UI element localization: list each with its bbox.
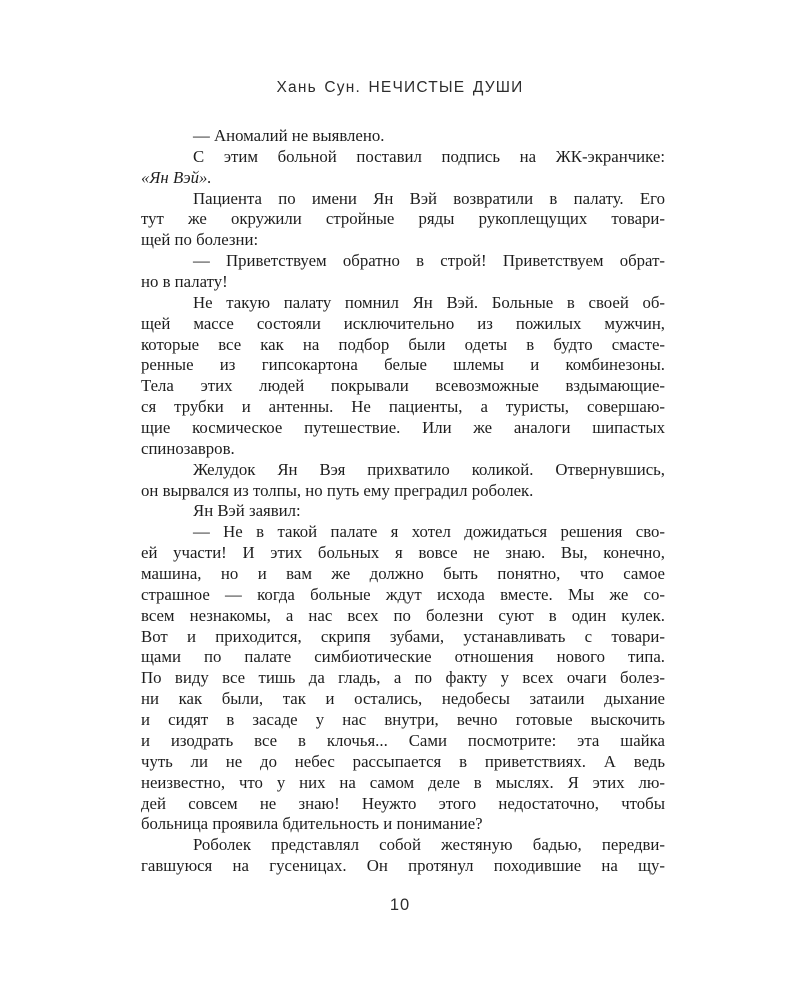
book-page: Хань Сун. НЕЧИСТЫЕ ДУШИ — Аномалий не вы… [0,0,800,1000]
text-line: — Аномалий не выявлено. [141,126,665,147]
text-line: С этим больной поставил подпись на ЖК-эк… [141,147,665,168]
text-line: «Ян Вэй». [141,168,665,189]
text-line: щей по болезни: [141,230,665,251]
text-line: ся трубки и антенны. Не пациенты, а тури… [141,397,665,418]
text-line: Вот и приходится, скрипя зубами, устанав… [141,627,665,648]
text-line: тут же окружили стройные ряды рукоплещущ… [141,209,665,230]
text-line: По виду все тишь да гладь, а по факту у … [141,668,665,689]
text-line: неизвестно, что у них на самом деле в мы… [141,773,665,794]
text-line: Ян Вэй заявил: [141,501,665,522]
text-line: Роболек представлял собой жестяную бадью… [141,835,665,856]
text-line: всем незнакомы, а нас всех по болезни су… [141,606,665,627]
text-line: — Не в такой палате я хотел дожидаться р… [141,522,665,543]
text-line: Тела этих людей покрывали всевозможные в… [141,376,665,397]
text-line: Не такую палату помнил Ян Вэй. Больные в… [141,293,665,314]
text-line: машина, но и вам же должно быть понятно,… [141,564,665,585]
text-line: дей совсем не знаю! Неужто этого недоста… [141,794,665,815]
text-line: гавшуюся на гусеницах. Он протянул поход… [141,856,665,877]
text-line: щами по палате симбиотические отношения … [141,647,665,668]
text-line: но в палату! [141,272,665,293]
text-line: он вырвался из толпы, но путь ему прегра… [141,481,665,502]
text-line: щие космическое путешествие. Или же анал… [141,418,665,439]
text-line: чуть ли не до небес рассыпается в привет… [141,752,665,773]
text-block: — Аномалий не выявлено.С этим больной по… [141,126,665,877]
text-line: Пациента по имени Ян Вэй возвратили в па… [141,189,665,210]
text-line: и сидят в засаде у нас внутри, вечно гот… [141,710,665,731]
text-line: страшное — когда больные ждут исхода вме… [141,585,665,606]
text-line: — Приветствуем обратно в строй! Приветст… [141,251,665,272]
text-line: ей участи! И этих больных я вовсе не зна… [141,543,665,564]
text-line: ни как были, так и остались, недобесы за… [141,689,665,710]
page-number: 10 [0,896,800,915]
text-line: больница проявила бдительность и пониман… [141,814,665,835]
running-header: Хань Сун. НЕЧИСТЫЕ ДУШИ [0,79,800,97]
text-line: и изодрать все в клочья... Сами посмотри… [141,731,665,752]
text-line: ренные из гипсокартона белые шлемы и ком… [141,355,665,376]
text-line: щей массе состояли исключительно из пожи… [141,314,665,335]
text-line: Желудок Ян Вэя прихватило коликой. Отвер… [141,460,665,481]
text-line: которые все как на подбор были одеты в б… [141,335,665,356]
text-line: спинозавров. [141,439,665,460]
